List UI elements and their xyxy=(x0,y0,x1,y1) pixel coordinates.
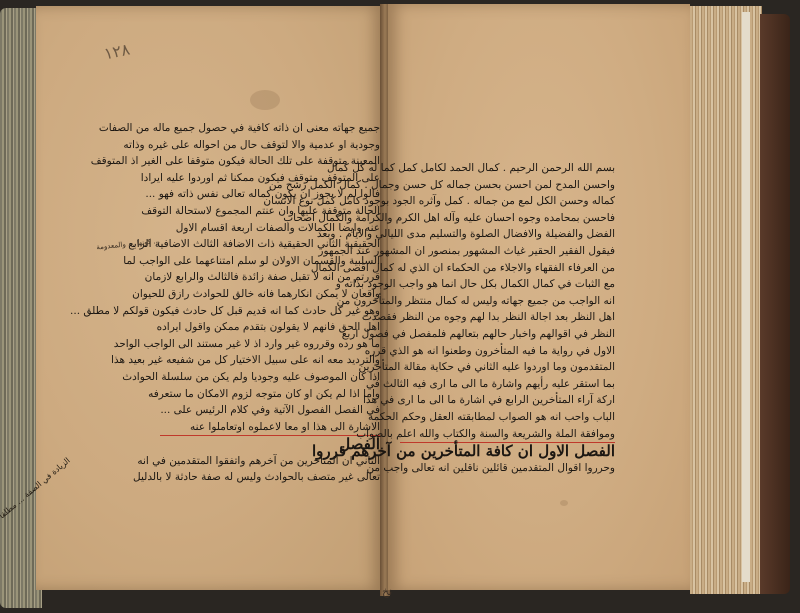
paper-stain xyxy=(560,500,568,506)
text-line: والترديد معه انه على سبيل الاختيار كل من… xyxy=(160,352,380,369)
text-line: المتقدمون وما اوردوا عليه الثاني في حكاي… xyxy=(400,359,615,376)
paper-stain xyxy=(250,90,280,110)
right-page-text: بسم الله الرحمن الرحيم . كمال الحمد لكام… xyxy=(400,160,615,476)
text-line: اذا كان الموصوف عليه وجوديا ولم يكن من س… xyxy=(160,369,380,386)
text-line: مع الثبات في كمال الكمال بكل حال انما هو… xyxy=(400,276,615,293)
manuscript-photo: ١٢٨ جميع جهاته معنى ان ذاته كافية في حصو… xyxy=(0,0,800,613)
text-line: الاشارة الى هذا او معا لاعملوه اوتعاملوا… xyxy=(160,419,380,436)
text-line: اركة آراء المتأخرين الرابع في اشارة ما ا… xyxy=(400,392,615,409)
text-line: النظر في اقوالهم واخبار حالهم بتعالهم فل… xyxy=(400,326,615,343)
text-line: الفضل والفضيلة والافضال الصلوة والتسليم … xyxy=(400,226,615,243)
text-line: واحسن المدح لمن احسن بحسن جماله كل حسن و… xyxy=(400,177,615,194)
text-line: بما استقر عليه رأيهم واشارة ما الى ما ار… xyxy=(400,376,615,393)
book-cover xyxy=(760,14,790,594)
right-page-edge-highlight xyxy=(742,12,750,582)
text-line: فيقول الفقير الحقير غياث المشهور بمنصور … xyxy=(400,243,615,260)
text-line: وحرروا اقوال المتقدمين قائلين ناقلين انه… xyxy=(400,460,615,477)
text-line: واما اذا لم يكن او كان متوجه لزوم الامكا… xyxy=(160,386,380,403)
text-line: وجودية او عدمية والا لتوقف حال من احواله… xyxy=(160,137,380,154)
text-line: كماله وحسن الكل لمع من جماله . كمل وآثره… xyxy=(400,193,615,210)
catchword: نخ xyxy=(382,585,392,598)
text-line: اهل النظر بعد اجالة النظر بدا لهم وجوه م… xyxy=(400,309,615,326)
text-line: الاول في رواية ما فيه المتأخرون وطعنوا ا… xyxy=(400,343,615,360)
text-line: فاحسن بمحامده وجوه احسان عليه وآله اهل ا… xyxy=(400,210,615,227)
text-line: في الفصل الفصول الآتية وفي كلام الرئيس ع… xyxy=(160,402,380,419)
text-line: من العرفاء الفقهاء والاجلاء من الحكماء ا… xyxy=(400,260,615,277)
text-line: جميع جهاته معنى ان ذاته كافية في حصول جم… xyxy=(160,120,380,137)
text-line: الباب واحب انه هو الصواب لمطابقته العقل … xyxy=(400,409,615,426)
text-line: تعالى غير متصف بالحوادث وليس له صفة حادث… xyxy=(160,469,380,486)
text-line: وموافقة الملة والشريعة والسنة والكتاب وا… xyxy=(400,426,615,443)
text-line: بسم الله الرحمن الرحيم . كمال الحمد لكام… xyxy=(400,160,615,177)
text-line: انه الواجب من جميع جهاته وليس له كمال من… xyxy=(400,293,615,310)
right-page-edges xyxy=(690,6,762,594)
section-heading: الفصل الاول ان كافة المتأخرين من آخرهم ق… xyxy=(400,442,615,460)
